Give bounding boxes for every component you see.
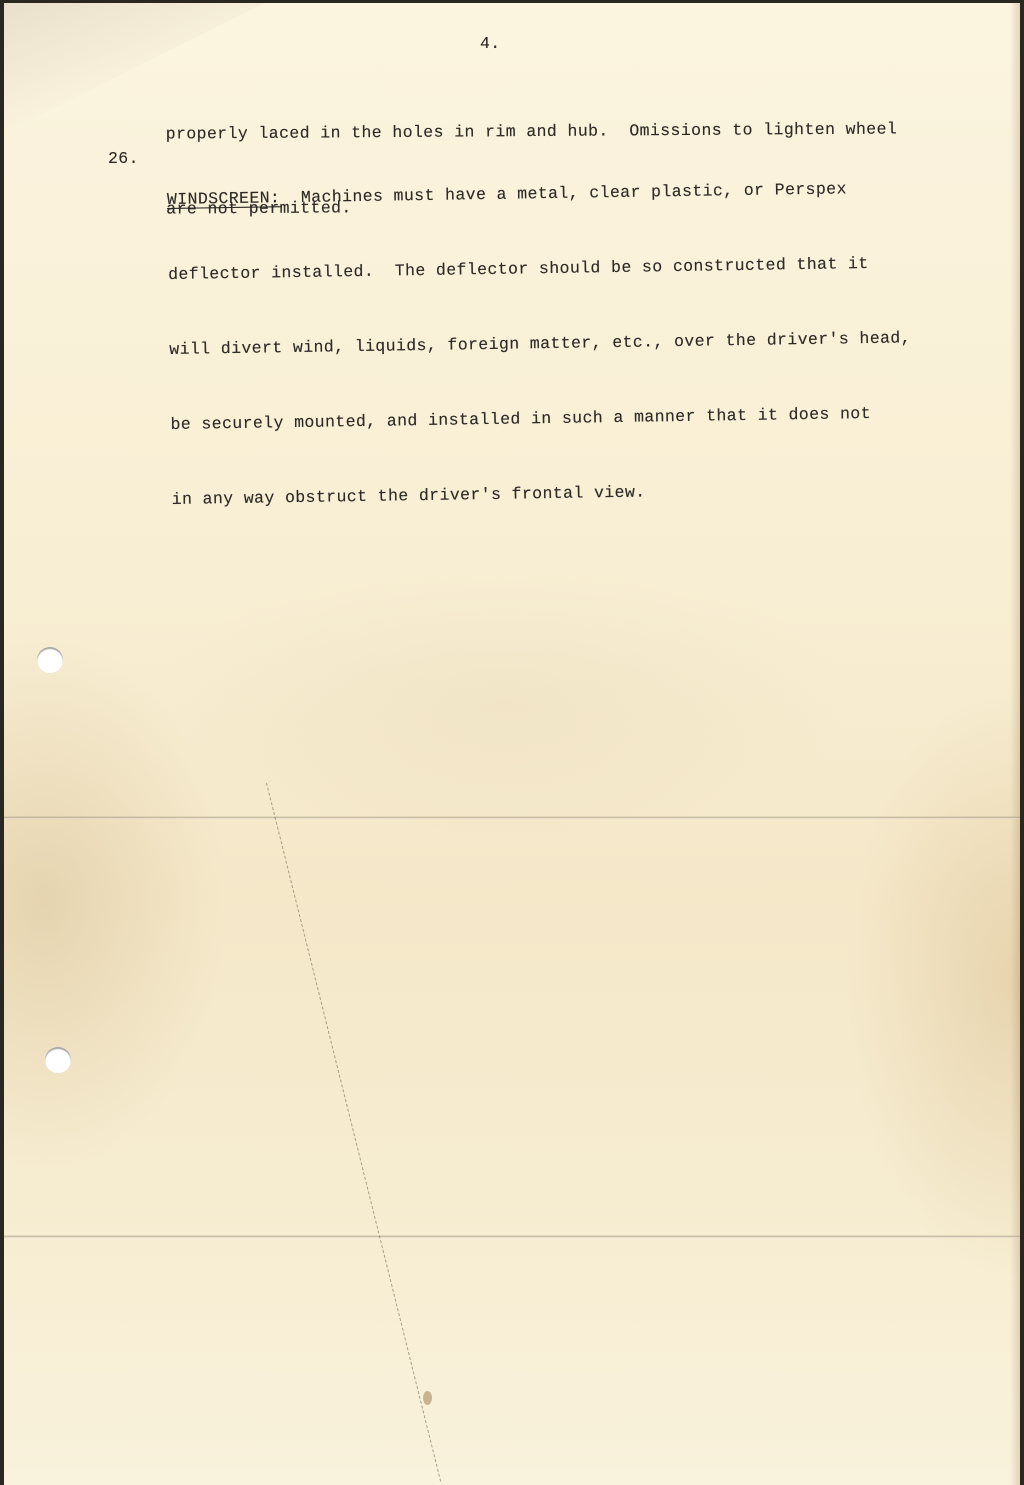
page-number: 4. — [480, 31, 501, 56]
punch-hole — [37, 647, 63, 673]
fold-line — [4, 1235, 1020, 1238]
page-edge-shadow — [1010, 3, 1020, 1485]
text-line: in any way obstruct the driver's frontal… — [171, 475, 913, 512]
punch-hole — [45, 1047, 71, 1073]
scanned-page: 4. properly laced in the holes in rim an… — [4, 3, 1020, 1485]
item-heading: WINDSCREEN: — [167, 188, 281, 209]
text-line: WINDSCREEN: Machines must have a metal, … — [167, 175, 909, 212]
stain-mark — [423, 1391, 432, 1405]
fold-line — [4, 816, 1020, 819]
text-fragment: Machines must have a metal, clear plasti… — [280, 179, 847, 207]
diagonal-crease — [266, 783, 441, 1482]
item-number: 26. — [108, 146, 139, 171]
text-line: will divert wind, liquids, foreign matte… — [169, 325, 911, 362]
text-line: deflector installed. The deflector shoul… — [168, 250, 910, 287]
item-windscreen: WINDSCREEN: Machines must have a metal, … — [166, 125, 914, 562]
text-line: be securely mounted, and installed in su… — [170, 400, 912, 437]
